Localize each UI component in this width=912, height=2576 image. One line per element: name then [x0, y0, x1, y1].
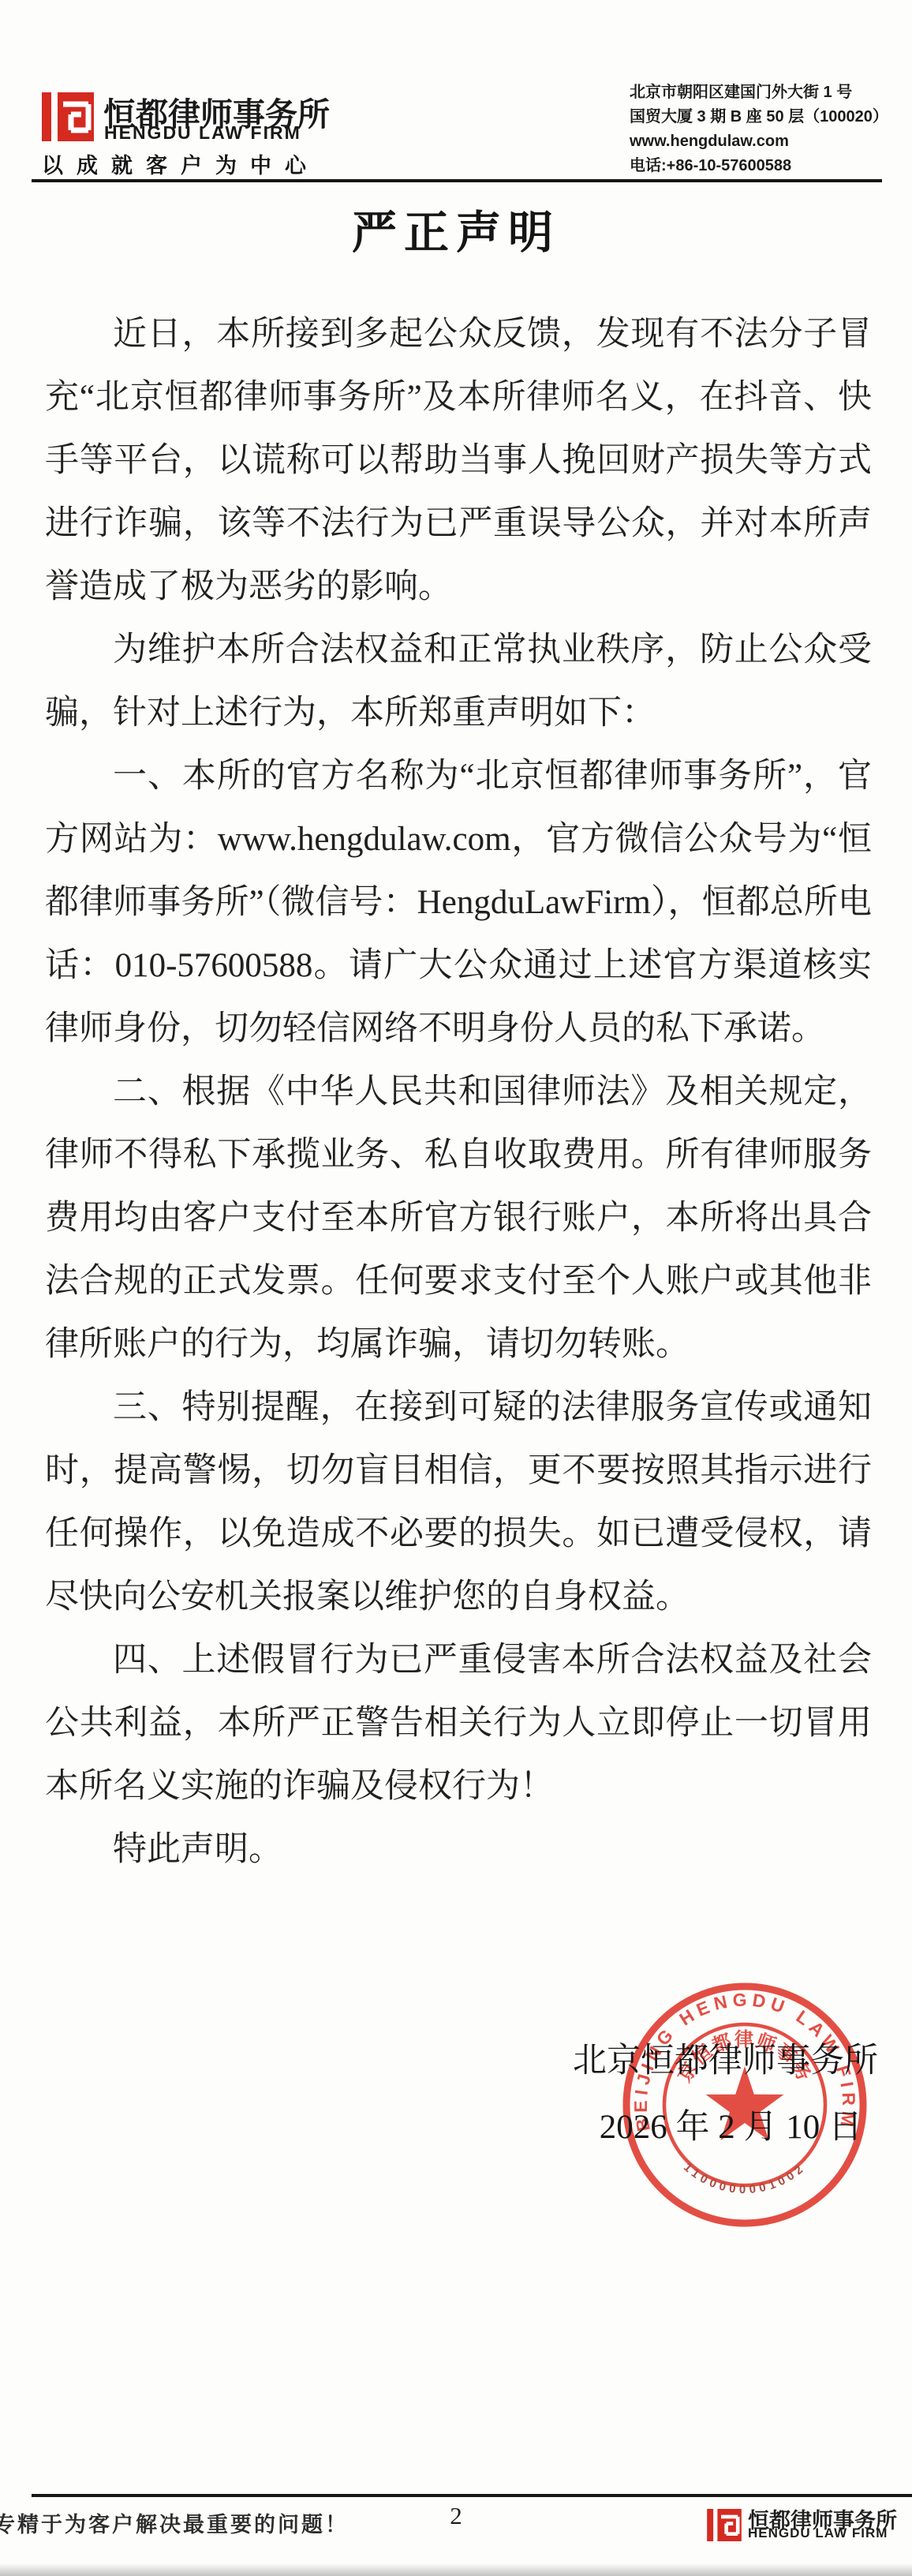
scan-bottom-shadow — [0, 2563, 912, 2576]
website: www.hengdulaw.com — [630, 129, 888, 154]
letterhead-contact-block: 北京市朝阳区建国门外大街 1 号 国贸大厦 3 期 B 座 50 层（10002… — [630, 80, 888, 178]
hengdu-logo-icon — [42, 92, 94, 141]
statement-body: 近日，本所接到多起公众反馈，发现有不法分子冒充“北京恒都律师事务所”及本所律师名… — [45, 303, 872, 1881]
phone: 电话:+86-10-57600588 — [630, 154, 888, 178]
address-line-2: 国贸大厦 3 期 B 座 50 层（100020） — [630, 105, 888, 129]
paragraph-1: 近日，本所接到多起公众反馈，发现有不法分子冒充“北京恒都律师事务所”及本所律师名… — [45, 303, 872, 619]
paragraph-5-item-three: 三、特别提醒，在接到可疑的法律服务宣传或通知时，提高警惕，切勿盲目相信，更不要按… — [45, 1376, 872, 1629]
paragraph-6-item-four: 四、上述假冒行为已严重侵害本所合法权益及社会公共利益，本所严正警告相关行为人立即… — [45, 1629, 872, 1818]
signature-date: 2026 年 2 月 10 日 — [600, 2100, 862, 2148]
svg-text:1100000001002: 1100000001002 — [681, 2161, 809, 2196]
scanned-statement-page: 恒都律师事务所 HENGDU LAW FIRM 以成就客户为中心 北京市朝阳区建… — [0, 0, 912, 2576]
footer-hengdu-logo-icon — [706, 2509, 742, 2541]
paragraph-4-item-two: 二、根据《中华人民共和国律师法》及相关规定，律师不得私下承揽业务、私自收取费用。… — [45, 1061, 872, 1376]
footer-divider — [32, 2494, 912, 2497]
closing-line: 特此声明。 — [45, 1818, 872, 1881]
firm-slogan: 以成就客户为中心 — [42, 148, 320, 179]
signature-firm-name: 北京恒都律师事务所 — [573, 2034, 878, 2082]
firm-name-english: HENGDU LAW FIRM — [104, 122, 301, 144]
address-line-1: 北京市朝阳区建国门外大街 1 号 — [630, 80, 888, 105]
header-divider — [32, 179, 882, 182]
document-title: 严正声明 — [0, 197, 912, 261]
seal-serial-number: 1100000001002 — [681, 2161, 809, 2196]
paragraph-2: 为维护本所合法权益和正常执业秩序，防止公众受骗，针对上述行为，本所郑重声明如下： — [45, 619, 872, 745]
paragraph-3-item-one: 一、本所的官方名称为“北京恒都律师事务所”，官方网站为：www.hengdula… — [45, 745, 872, 1061]
footer-firm-name-english: HENGDU LAW FIRM — [748, 2525, 888, 2541]
